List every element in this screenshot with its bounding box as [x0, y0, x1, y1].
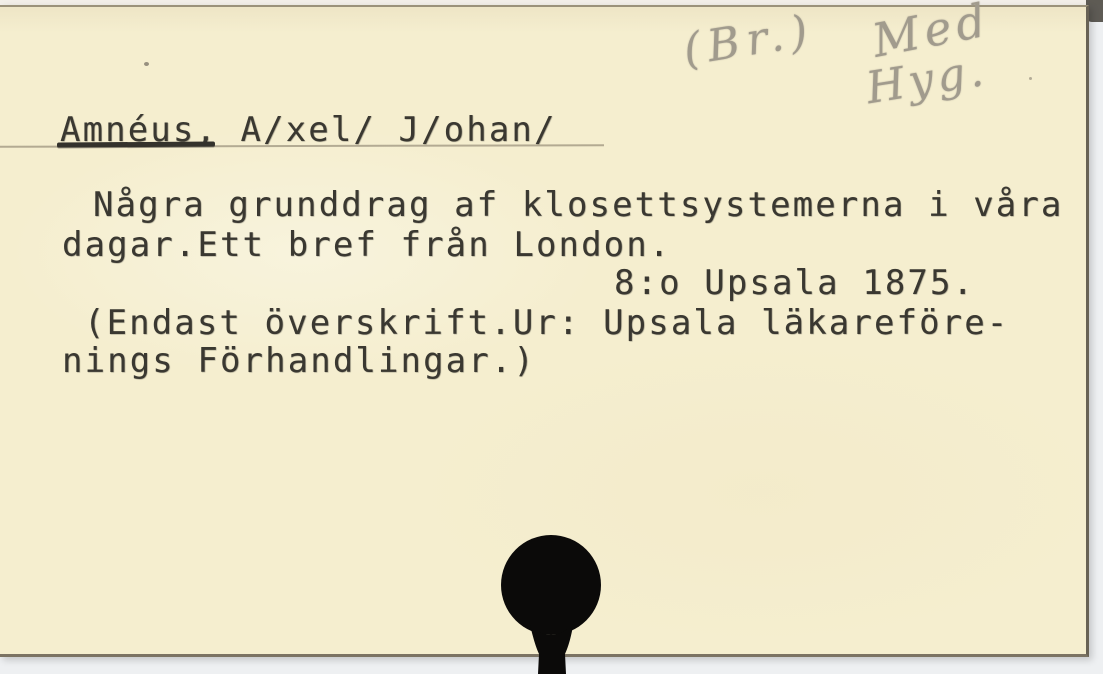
paper-speck: [1029, 77, 1032, 80]
body-line-note-1: (Endast överskrift.Ur: Upsala läkareföre…: [84, 303, 1009, 343]
body-line-note-2: nings Förhandlingar.): [62, 341, 536, 381]
body-line-imprint: 8:o Upsala 1875.: [614, 263, 975, 303]
body-line-title-2: dagar.Ett bref från London.: [62, 225, 671, 265]
body-line-title-1: Några grunddrag af klosettsystemerna i v…: [93, 185, 1064, 225]
paper-speck: [144, 62, 149, 66]
scanned-catalog-card: (Br.) Med Hyg. Amnéus, A/xel/ J/ohan/ Nå…: [0, 0, 1103, 674]
pencil-annotation-classmark: (Br.): [680, 5, 818, 76]
hole-punch-icon: [495, 533, 611, 674]
